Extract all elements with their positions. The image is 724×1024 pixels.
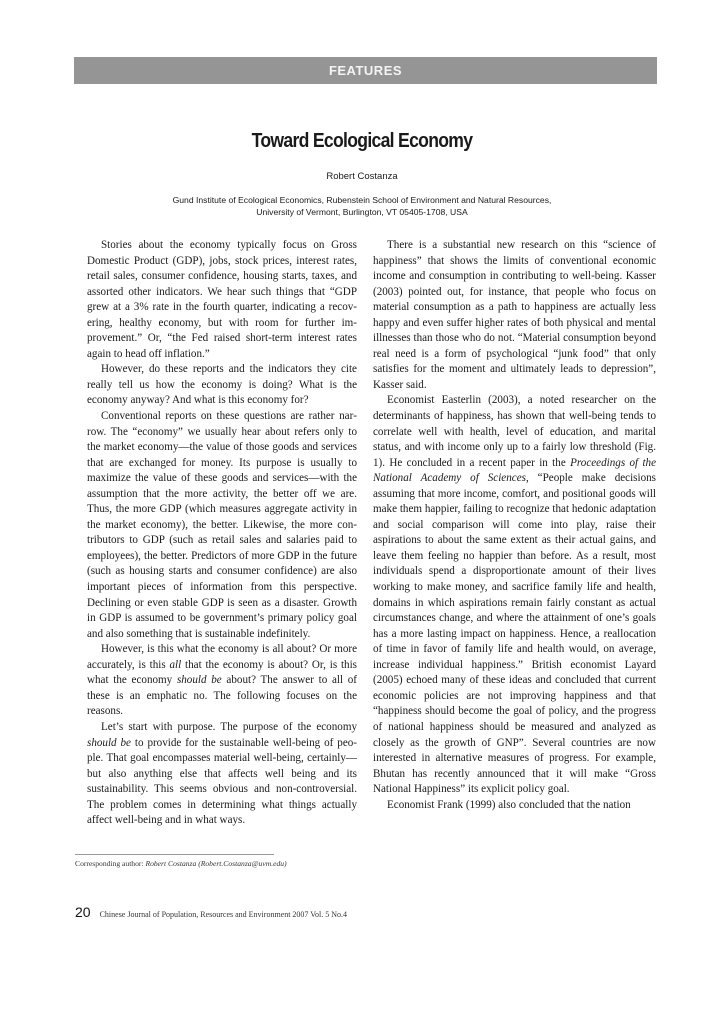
- footnote-divider: [75, 854, 274, 855]
- emphasis: should be: [177, 674, 222, 686]
- text-run: to provide for the sustainable well-bein…: [87, 737, 357, 827]
- paragraph: There is a substantial new research on t…: [373, 238, 656, 393]
- text-run: , “People make deci­sions assuming that …: [373, 472, 656, 795]
- affiliation-line-2: University of Vermont, Burlington, VT 05…: [0, 206, 724, 218]
- section-header-band: FEATURES: [74, 57, 657, 84]
- page-footer: 20 Chinese Journal of Population, Resour…: [75, 904, 347, 920]
- section-label: FEATURES: [329, 63, 402, 78]
- emphasis: all: [170, 659, 182, 671]
- footnote-email[interactable]: (Robert.Costanza@uvm.edu): [198, 859, 286, 868]
- journal-citation: Chinese Journal of Population, Resources…: [100, 910, 347, 919]
- paragraph: However, do these reports and the indica…: [87, 362, 357, 409]
- footnote-label: Corresponding author:: [75, 859, 145, 868]
- page-number: 20: [75, 904, 91, 920]
- text-run: Let’s start with purpose. The purpose of…: [101, 721, 357, 733]
- footnote: Corresponding author: Robert Costanza (R…: [75, 859, 287, 868]
- article-author: Robert Costanza: [0, 171, 724, 182]
- paragraph: Economist Frank (1999) also concluded th…: [373, 798, 656, 814]
- paragraph: Economist Easterlin (2003), a noted rese…: [373, 393, 656, 797]
- left-column: Stories about the economy typically focu…: [87, 238, 357, 829]
- article-title: Toward Ecological Economy: [43, 130, 680, 153]
- footnote-author: Robert Costanza: [145, 859, 196, 868]
- emphasis: should be: [87, 737, 131, 749]
- affiliation-line-1: Gund Institute of Ecological Economics, …: [0, 194, 724, 206]
- paragraph: Let’s start with purpose. The purpose of…: [87, 720, 357, 829]
- paragraph: Conventional reports on these questions …: [87, 409, 357, 642]
- paragraph: Stories about the economy typically focu…: [87, 238, 357, 362]
- paragraph: However, is this what the economy is all…: [87, 642, 357, 720]
- author-affiliation: Gund Institute of Ecological Economics, …: [0, 194, 724, 218]
- right-column: There is a substantial new research on t…: [373, 238, 656, 813]
